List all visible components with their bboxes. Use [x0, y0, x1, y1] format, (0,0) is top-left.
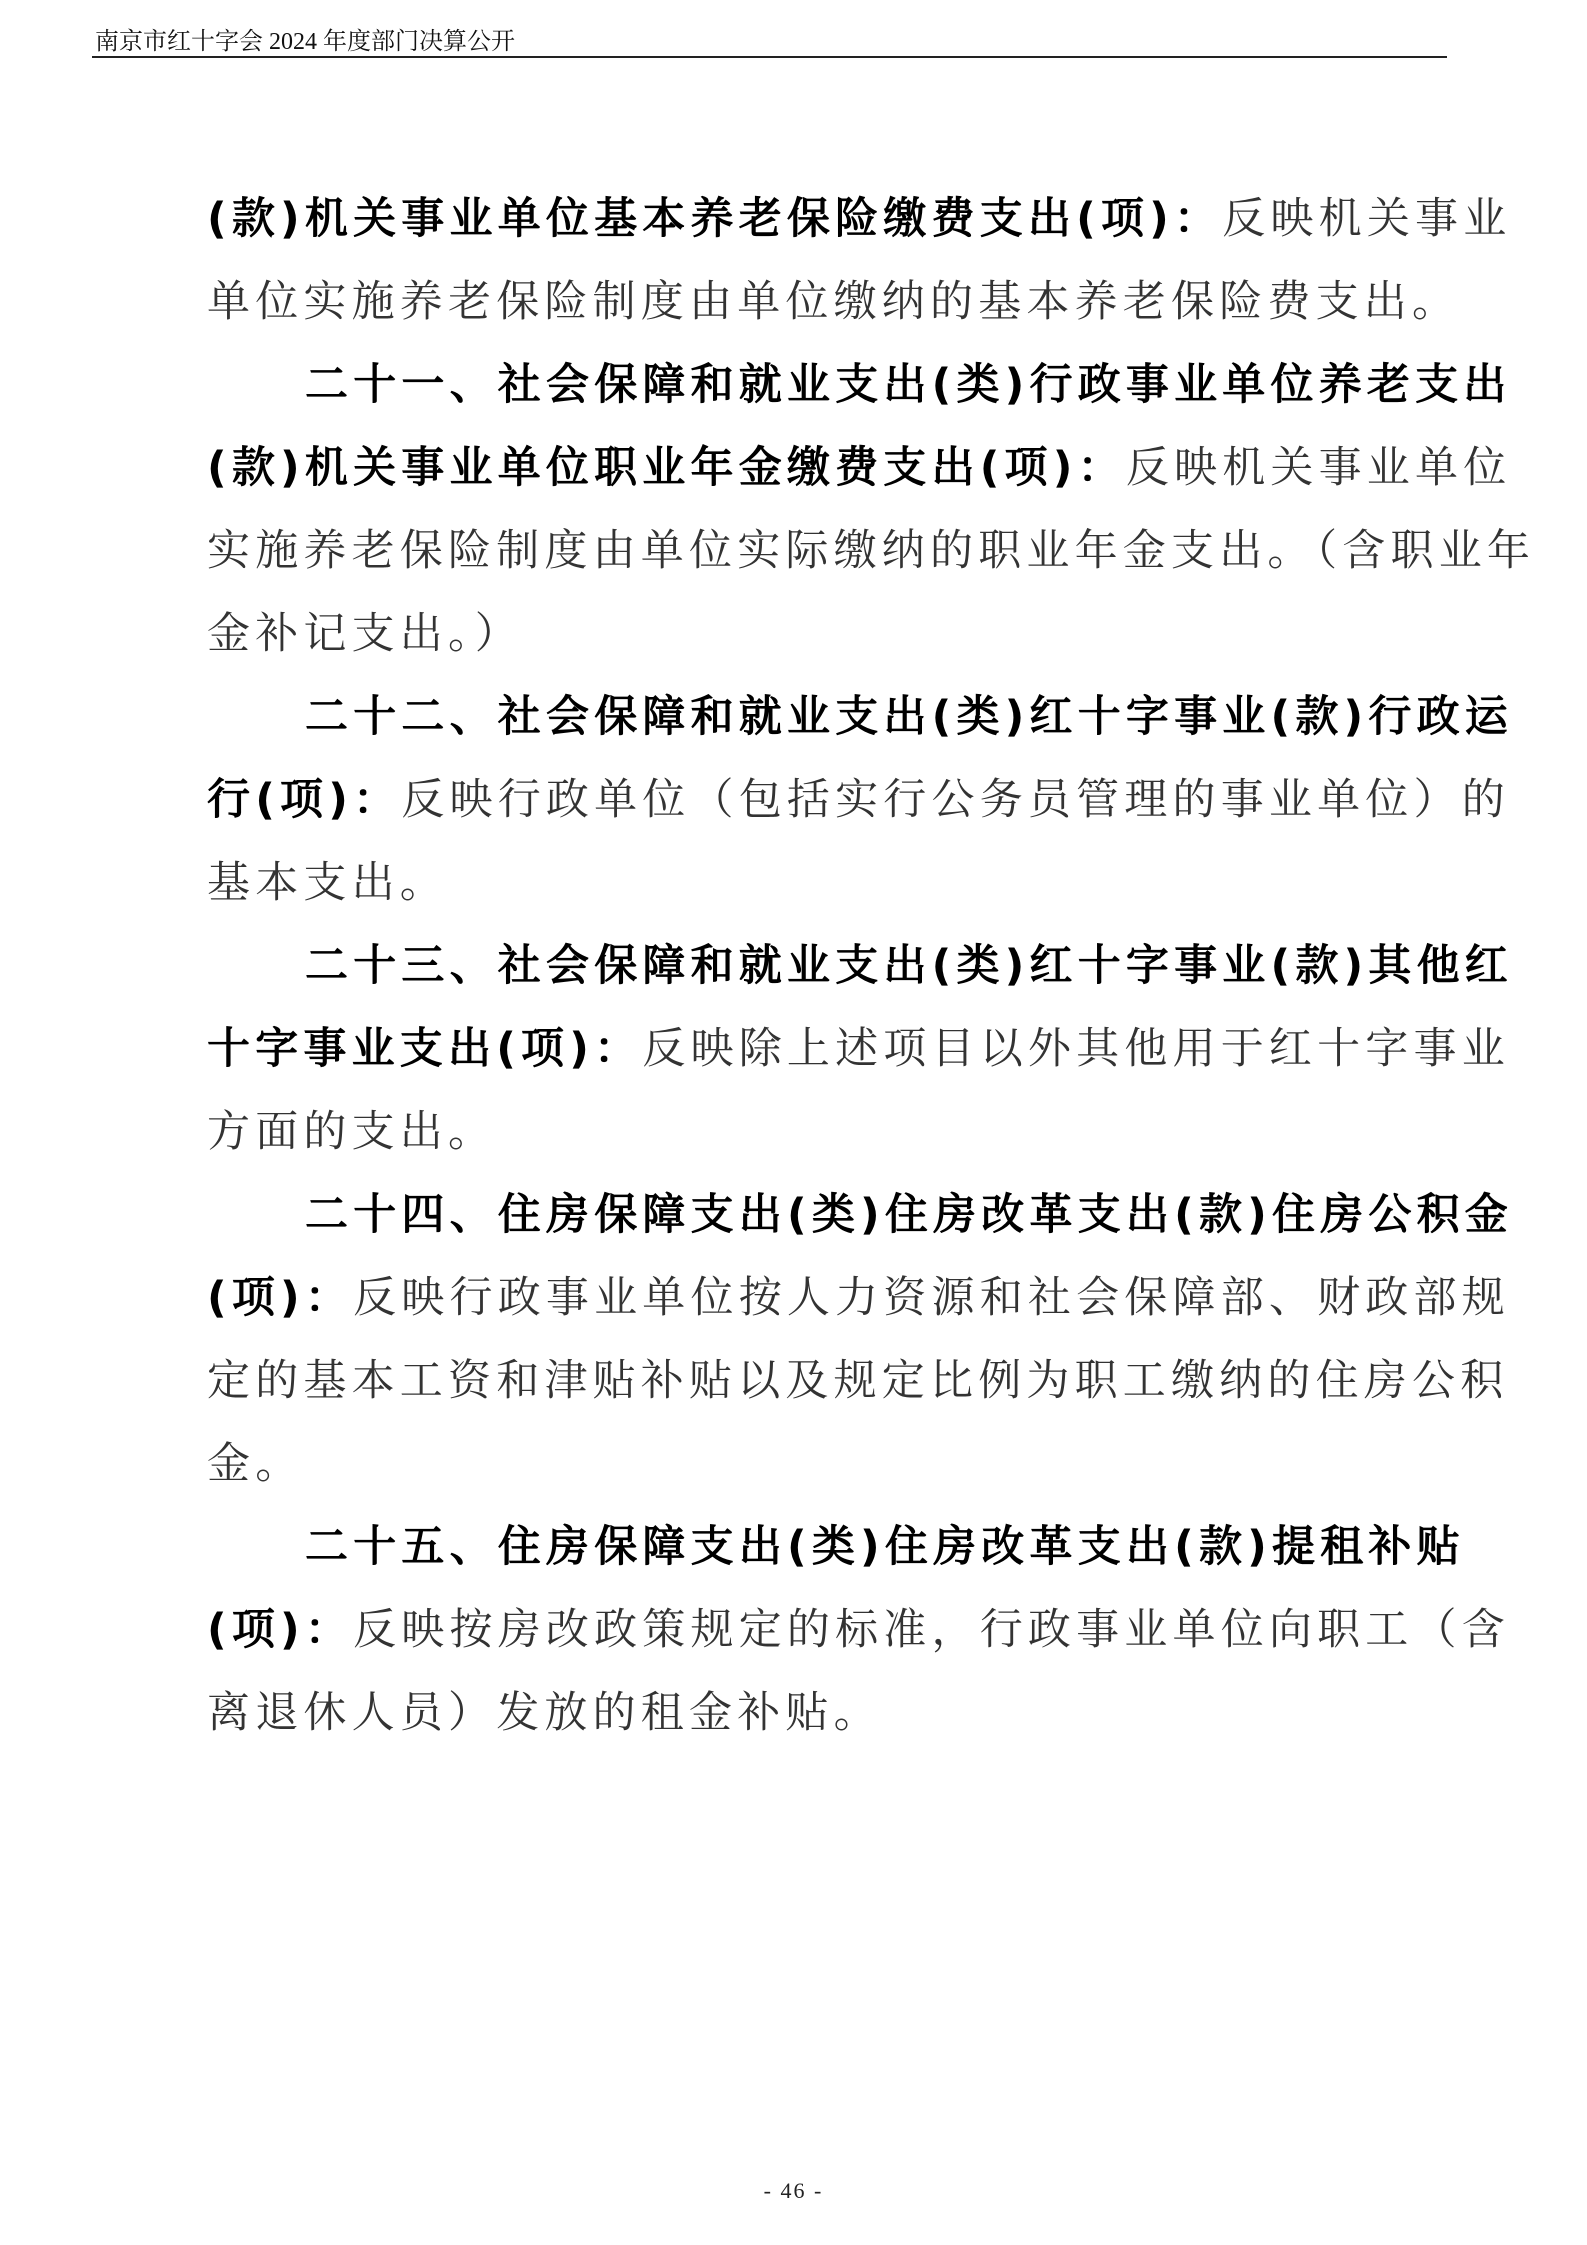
item-description-text: 反映按房改政策规定的标准，行政事业单位向职工（含 [353, 1605, 1510, 1655]
header-divider [92, 56, 1447, 58]
paragraph: 二十二、社会保障和就业支出(类)红十字事业(款)行政运行(项)：反映行政单位（包… [207, 684, 1387, 933]
paragraph: 二十三、社会保障和就业支出(类)红十字事业(款)其他红十字事业支出(项)：反映除… [207, 933, 1387, 1182]
item-heading-text: 二十一、社会保障和就业支出(类)行政事业单位养老支出 [305, 360, 1512, 410]
item-description-text: 反映行政事业单位按人力资源和社会保障部、财政部规 [353, 1273, 1510, 1323]
item-heading-text: 二十五、住房保障支出(类)住房改革支出(款)提租补贴 [305, 1522, 1465, 1572]
item-description-text: 实施养老保险制度由单位实际缴纳的职业年金支出。（含职业年 [207, 526, 1535, 576]
item-heading-text: (项)： [207, 1605, 353, 1655]
text-line: 二十一、社会保障和就业支出(类)行政事业单位养老支出 [207, 352, 1387, 435]
text-line: 行(项)：反映行政单位（包括实行公务员管理的事业单位）的 [207, 767, 1387, 850]
text-line: (项)：反映行政事业单位按人力资源和社会保障部、财政部规 [207, 1265, 1387, 1348]
item-description-text: 反映机关事业单位 [1126, 443, 1512, 493]
item-description-text: 金补记支出。） [207, 609, 523, 659]
page-number: - 46 - [0, 2178, 1587, 2204]
text-line: 方面的支出。 [207, 1099, 1387, 1182]
text-line: 实施养老保险制度由单位实际缴纳的职业年金支出。（含职业年 [207, 518, 1387, 601]
item-heading-text: 行(项)： [207, 775, 401, 825]
item-heading-text: 二十二、社会保障和就业支出(类)红十字事业(款)行政运 [305, 692, 1513, 742]
item-heading-text: 二十四、住房保障支出(类)住房改革支出(款)住房公积金 [305, 1190, 1513, 1240]
item-description-text: 基本支出。 [207, 858, 448, 908]
page-header: 南京市红十字会 2024 年度部门决算公开 [92, 24, 1447, 58]
paragraph: 二十五、住房保障支出(类)住房改革支出(款)提租补贴(项)：反映按房改政策规定的… [207, 1514, 1387, 1763]
text-line: 二十四、住房保障支出(类)住房改革支出(款)住房公积金 [207, 1182, 1387, 1265]
item-heading-text: (款)机关事业单位职业年金缴费支出(项)： [207, 443, 1126, 493]
text-line: (项)：反映按房改政策规定的标准，行政事业单位向职工（含 [207, 1597, 1387, 1680]
item-description-text: 定的基本工资和津贴补贴以及规定比例为职工缴纳的住房公积 [207, 1356, 1508, 1406]
item-description-text: 单位实施养老保险制度由单位缴纳的基本养老保险费支出。 [207, 277, 1460, 327]
text-line: 二十五、住房保障支出(类)住房改革支出(款)提租补贴 [207, 1514, 1387, 1597]
text-line: 金。 [207, 1431, 1387, 1514]
item-heading-text: (款)机关事业单位基本养老保险缴费支出(项)： [207, 194, 1222, 244]
text-line: 离退休人员）发放的租金补贴。 [207, 1680, 1387, 1763]
header-title: 南京市红十字会 2024 年度部门决算公开 [95, 28, 515, 56]
item-heading-text: (项)： [207, 1273, 353, 1323]
item-description-text: 反映机关事业 [1222, 194, 1511, 244]
item-description-text: 方面的支出。 [207, 1107, 496, 1157]
paragraph: 二十四、住房保障支出(类)住房改革支出(款)住房公积金(项)：反映行政事业单位按… [207, 1182, 1387, 1514]
item-description-text: 离退休人员）发放的租金补贴。 [207, 1688, 882, 1738]
item-description-text: 金。 [207, 1439, 303, 1489]
item-description-text: 反映行政单位（包括实行公务员管理的事业单位）的 [401, 775, 1510, 825]
text-line: (款)机关事业单位基本养老保险缴费支出(项)：反映机关事业 [207, 186, 1387, 269]
paragraph: (款)机关事业单位基本养老保险缴费支出(项)：反映机关事业单位实施养老保险制度由… [207, 186, 1387, 352]
text-line: 金补记支出。） [207, 601, 1387, 684]
item-heading-text: 二十三、社会保障和就业支出(类)红十字事业(款)其他红 [305, 941, 1513, 991]
text-line: 二十三、社会保障和就业支出(类)红十字事业(款)其他红 [207, 933, 1387, 1016]
text-line: 单位实施养老保险制度由单位缴纳的基本养老保险费支出。 [207, 269, 1387, 352]
item-description-text: 反映除上述项目以外其他用于红十字事业 [642, 1024, 1510, 1074]
text-line: 二十二、社会保障和就业支出(类)红十字事业(款)行政运 [207, 684, 1387, 767]
text-line: 定的基本工资和津贴补贴以及规定比例为职工缴纳的住房公积 [207, 1348, 1387, 1431]
text-line: 十字事业支出(项)：反映除上述项目以外其他用于红十字事业 [207, 1016, 1387, 1099]
text-line: (款)机关事业单位职业年金缴费支出(项)：反映机关事业单位 [207, 435, 1387, 518]
item-heading-text: 十字事业支出(项)： [207, 1024, 642, 1074]
document-body: (款)机关事业单位基本养老保险缴费支出(项)：反映机关事业单位实施养老保险制度由… [207, 186, 1387, 1763]
paragraph: 二十一、社会保障和就业支出(类)行政事业单位养老支出(款)机关事业单位职业年金缴… [207, 352, 1387, 684]
text-line: 基本支出。 [207, 850, 1387, 933]
